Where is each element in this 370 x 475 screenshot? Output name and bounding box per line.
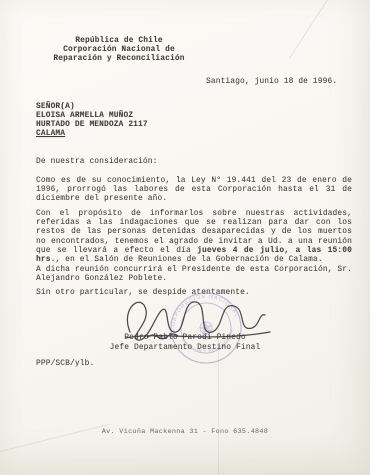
paragraph-1: Como es de su conocimiento, la Ley N° 19… [36, 177, 352, 205]
signer-block: Pedro Pablo Parodi Pinedo Jefe Departame… [95, 334, 275, 353]
paragraph-3: A dicha reunión concurrirá el Presidente… [36, 266, 352, 284]
signer-title: Jefe Departamento Destino Final [95, 344, 275, 354]
letterhead-line-1: República de Chile [44, 37, 194, 46]
reference-initials: PPP/SCB/ylb. [36, 360, 94, 368]
recipient-street: HURTADO DE MENDOZA 2117 [36, 121, 148, 130]
paper-crease [289, 0, 328, 59]
greeting: De nuestra consideración: [36, 158, 157, 166]
recipient-salutation: SEÑOR(A) [36, 103, 148, 112]
signer-name: Pedro Pablo Parodi Pinedo [95, 334, 275, 344]
dateline: Santiago, junio 18 de 1996. [206, 78, 337, 86]
paragraph-2-text-post: , en el Salón de Reuniones de la Goberna… [55, 256, 322, 264]
recipient-city: CALAMA [36, 130, 148, 139]
recipient-block: SEÑOR(A) ELOISA ARMELLA MUÑOZ HURTADO DE… [36, 103, 148, 139]
letterhead: República de Chile Corporación Nacional … [44, 37, 194, 65]
letter-page: República de Chile Corporación Nacional … [0, 0, 370, 475]
paragraph-2: Con el propósito de informarlos sobre nu… [36, 210, 352, 265]
letterhead-line-2: Corporación Nacional de [44, 46, 194, 55]
footer-address: Av. Vicuña Mackenna 31 - Fono 635.4848 [15, 428, 355, 436]
letterhead-line-3: Reparación y Reconciliación [44, 55, 194, 64]
recipient-name: ELOISA ARMELLA MUÑOZ [36, 112, 148, 121]
